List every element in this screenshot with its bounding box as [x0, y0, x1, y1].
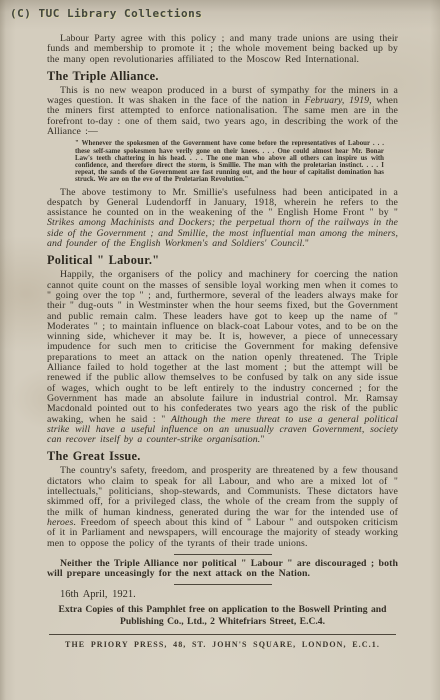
pamphlet-scan-page: (C) TUC Library Collections Labour Party…	[0, 0, 440, 700]
printer-imprint: THE PRIORY PRESS, 48, ST. JOHN'S SQUARE,…	[47, 640, 398, 649]
imprint-rule	[49, 634, 396, 635]
paragraph-political-labour: Happily, the organisers of the policy an…	[47, 270, 398, 445]
paragraph-great-issue: The country's safety, freedom, and prosp…	[47, 466, 398, 548]
heading-great-issue: The Great Issue.	[47, 450, 398, 463]
extra-copies-note: Extra Copies of this Pamphlet free on ap…	[49, 604, 396, 627]
tuc-library-watermark: (C) TUC Library Collections	[10, 7, 202, 20]
paragraph-intro: Labour Party agree with this policy ; an…	[47, 34, 398, 65]
paragraph-triple-alliance-1: This is no new weapon produced in a burs…	[47, 86, 398, 137]
heading-triple-alliance: The Triple Alliance.	[47, 70, 398, 83]
divider-below-warning	[174, 584, 272, 585]
paragraph-triple-alliance-2: The above testimony to Mr. Smillie's use…	[47, 188, 398, 250]
document-content: Labour Party agree with this policy ; an…	[47, 34, 398, 649]
date-line: 16th April, 1921.	[47, 589, 398, 600]
blockquote-alliance-testimony: " Whenever the spokesmen of the Governme…	[75, 140, 384, 183]
paragraph-warning: Neither the Triple Alliance nor politica…	[47, 559, 398, 580]
divider-above-warning	[174, 554, 272, 555]
heading-political-labour: Political " Labour."	[47, 254, 398, 267]
